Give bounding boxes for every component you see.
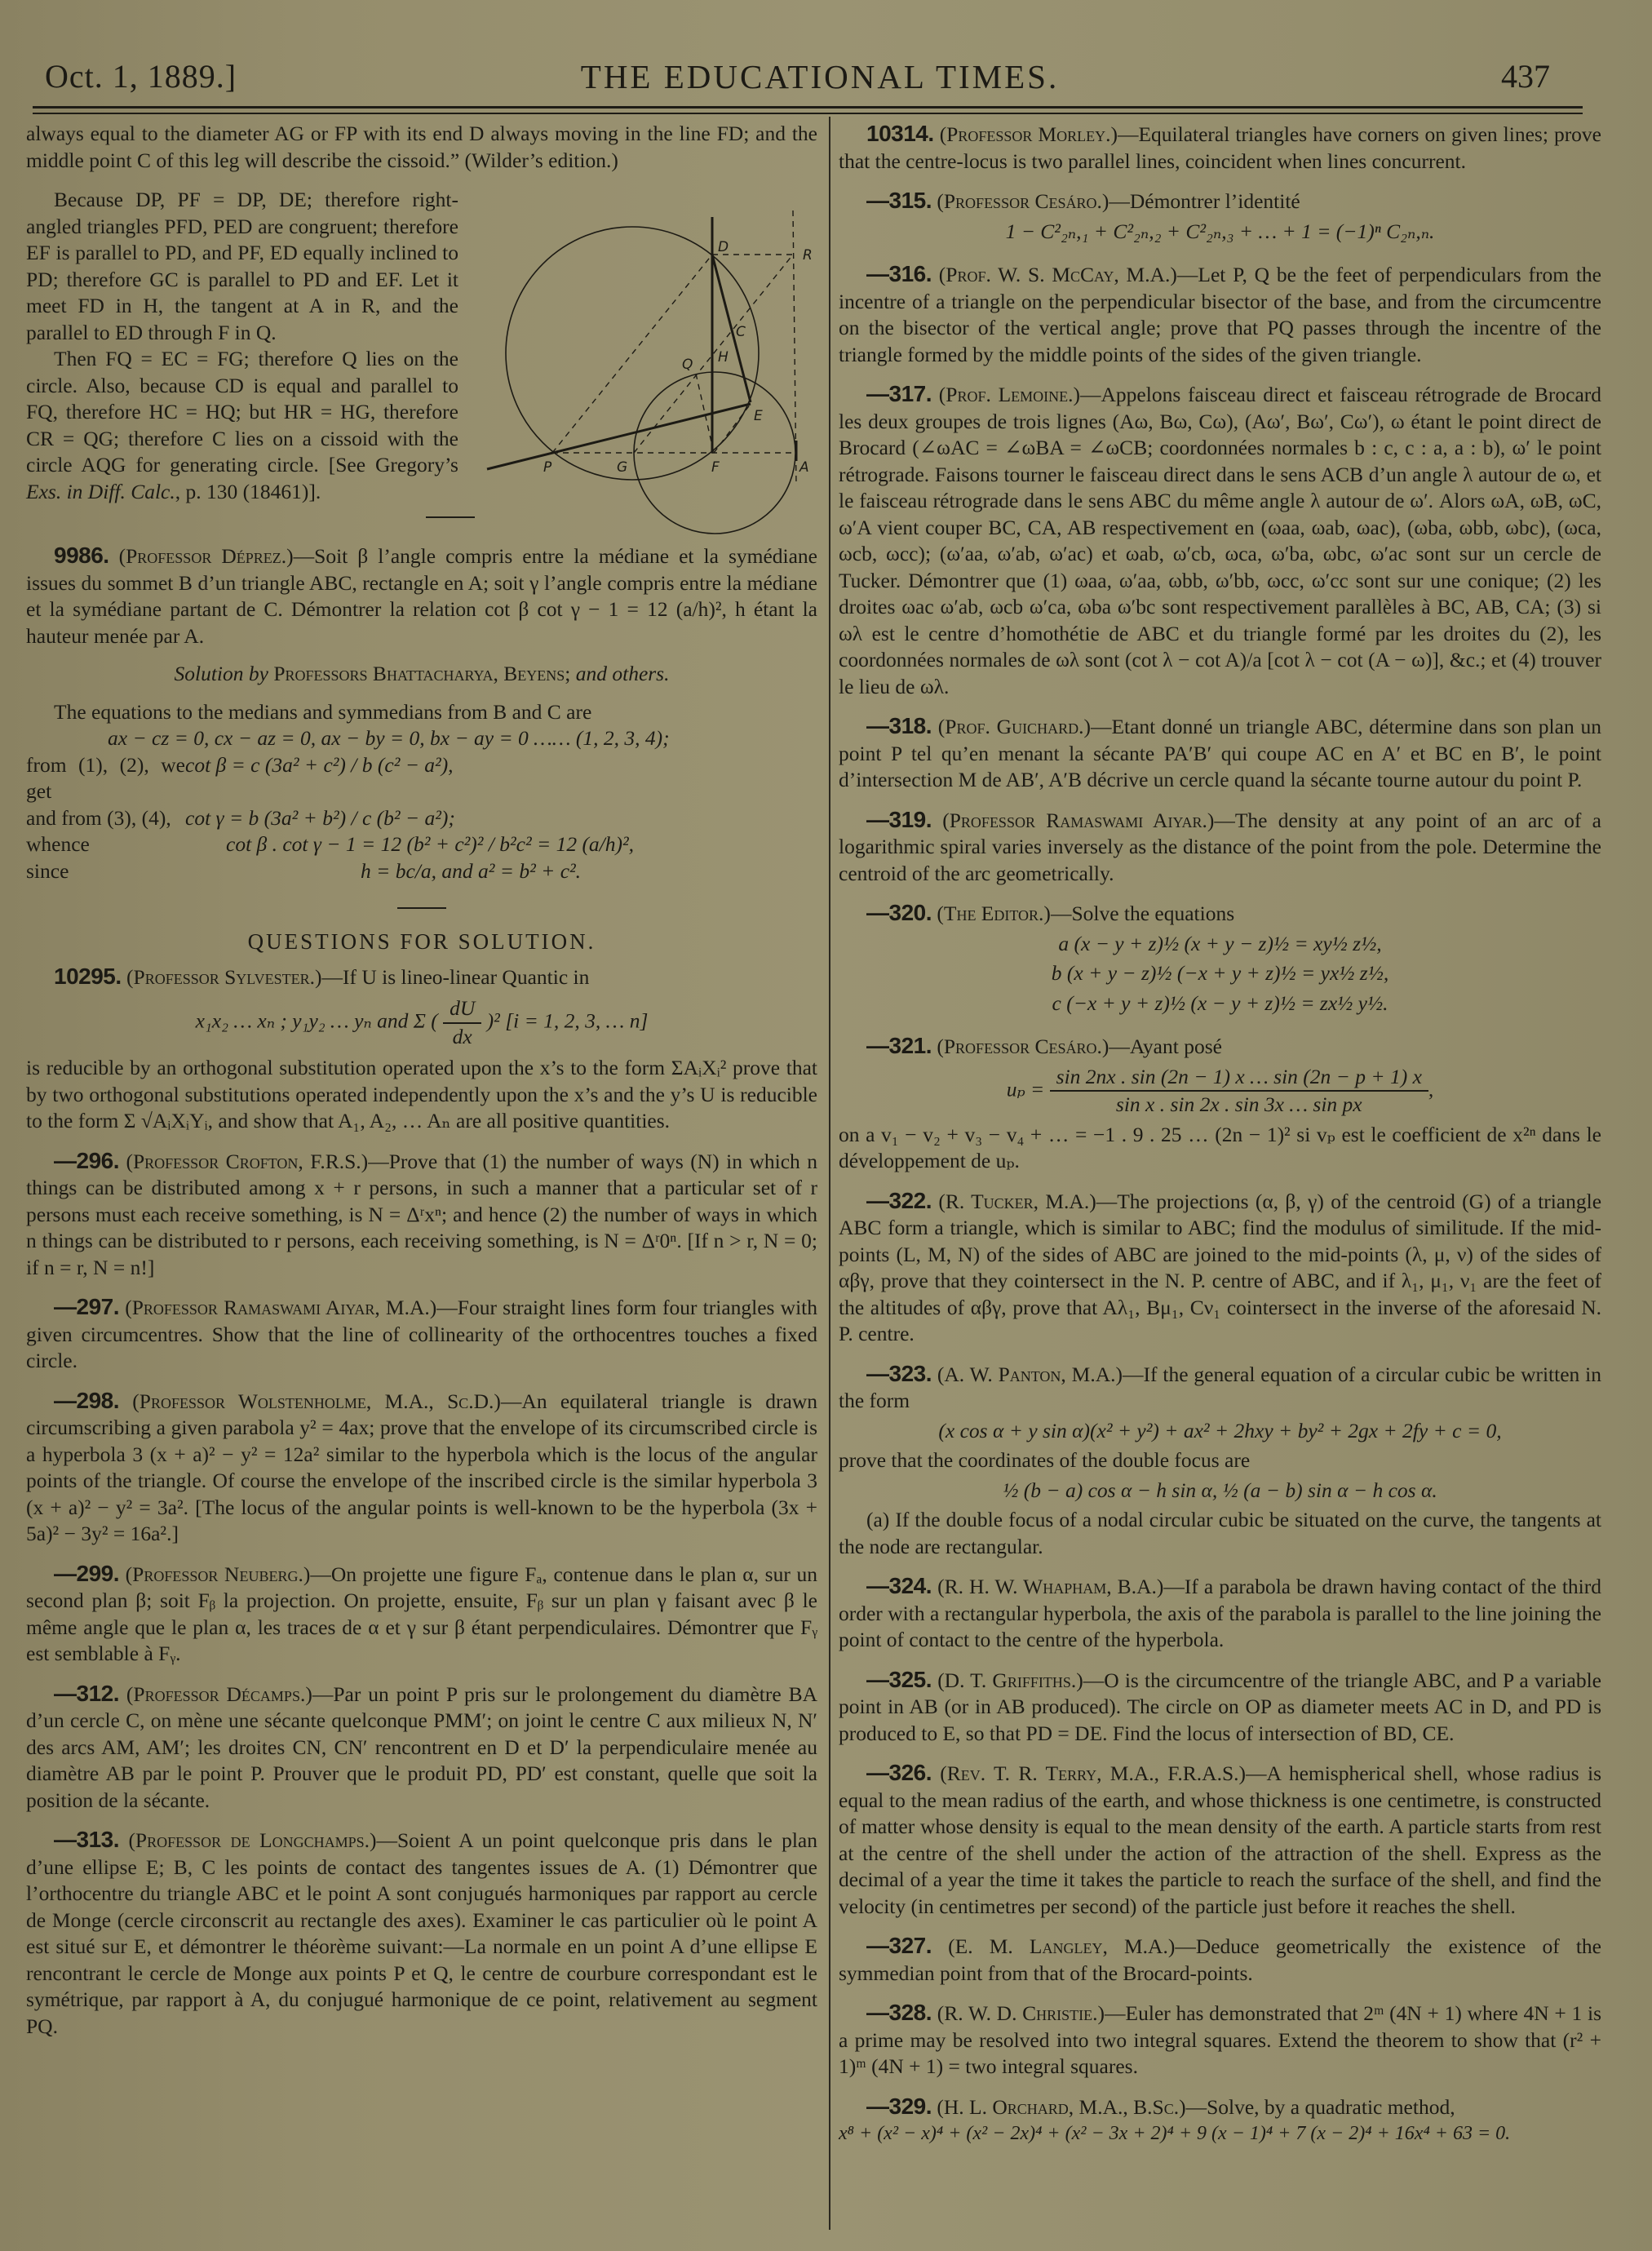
question-321: —321. (Professor Cesáro.)—Ayant posé — [839, 1033, 1601, 1061]
question-315-equation: 1 − C²₂ₙ,₁ + C²₂ₙ,₂ + C²₂ₙ,₃ + … + 1 = (… — [839, 219, 1601, 246]
proof-block: Because DP, PF = DP, DE; therefore right… — [26, 187, 458, 505]
question-321-equation: uₚ = sin 2nx . sin (2n − 1) x … sin (2n … — [839, 1064, 1601, 1119]
question-10295-equation: x₁x₂ … xₙ ; y₁y₂ … yₙ and Σ ( dUdx )² [i… — [26, 995, 817, 1050]
solution-step: whence cot β . cot γ − 1 = 12 (b² + c²)²… — [26, 831, 817, 858]
separator-rule — [426, 516, 475, 518]
solution-byline: Solution by Professors Bhattacharya, Bey… — [26, 661, 817, 688]
question-author: (Professor Déprez.) — [119, 544, 294, 568]
right-column: 10314. (Professor Morley.)—Equilateral t… — [839, 121, 1601, 2147]
question-321-continued: on a v₁ − v₂ + v₃ − v₄ + … = −1 . 9 . 25… — [839, 1122, 1601, 1175]
question-323-equation-2: ½ (b − a) cos α − h sin α, ½ (a − b) sin… — [839, 1478, 1601, 1504]
publication-title: THE EDUCATIONAL TIMES. — [45, 57, 1595, 96]
question-318: —318. (Prof. Guichard.)—Etant donné un t… — [839, 713, 1601, 794]
question-320-equation-1: a (x − y + z)½ (x + y − z)½ = xy½ z½, — [839, 931, 1601, 958]
question-296: —296. (Professor Crofton, F.R.S.)—Prove … — [26, 1148, 817, 1282]
question-312: —312. (Professor Décamps.)—Par un point … — [26, 1681, 817, 1815]
section-title: QUESTIONS FOR SOLUTION. — [26, 928, 817, 955]
question-322: —322. (R. Tucker, M.A.)—The projections … — [839, 1188, 1601, 1348]
question-319: —319. (Professor Ramaswami Aiyar.)—The d… — [839, 807, 1601, 888]
solution-equation-1: ax − cz = 0, cx − az = 0, ax − by = 0, b… — [26, 725, 817, 752]
left-column: always equal to the diameter AG or FP wi… — [26, 121, 817, 2040]
question-number: 9986. — [54, 543, 109, 568]
question-324: —324. (R. H. W. Whapham, B.A.)—If a para… — [839, 1573, 1601, 1654]
question-298: —298. (Professor Wolstenholme, M.A., Sc.… — [26, 1388, 817, 1548]
question-323-equation-1: (x cos α + y sin α)(x² + y²) + ax² + 2hx… — [839, 1418, 1601, 1445]
page-header: Oct. 1, 1889.] THE EDUCATIONAL TIMES. 43… — [45, 57, 1595, 106]
question-326: —326. (Rev. T. R. Terry, M.A., F.R.A.S.)… — [839, 1760, 1601, 1920]
question-10295-continued: is reducible by an orthogonal substituti… — [26, 1055, 817, 1135]
page-number: 437 — [1501, 57, 1550, 95]
question-323-text-2: prove that the coordinates of the double… — [839, 1447, 1601, 1474]
question-10295: 10295. (Professor Sylvester.)—If U is li… — [26, 964, 817, 991]
reference-title: Exs. in Diff. Calc. — [26, 480, 175, 503]
solution-step: and from (3), (4), cot γ = b (3a² + b²) … — [26, 805, 817, 832]
newspaper-page: Oct. 1, 1889.] THE EDUCATIONAL TIMES. 43… — [0, 0, 1652, 2251]
question-320: —320. (The Editor.)—Solve the equations — [839, 900, 1601, 928]
continued-paragraph: always equal to the diameter AG or FP wi… — [26, 121, 817, 174]
question-9986: 9986. (Professor Déprez.)—Soit β l’angle… — [26, 543, 817, 649]
solution-step: from (1), (2), we get cot β = c (3a² + c… — [26, 752, 817, 805]
header-rule-top — [33, 106, 1583, 109]
header-rule-bottom — [33, 113, 1583, 114]
question-313: —313. (Professor de Longchamps.)—Soient … — [26, 1827, 817, 2040]
question-10314: 10314. (Professor Morley.)—Equilateral t… — [839, 121, 1601, 175]
question-325: —325. (D. T. Griffiths.)—O is the circum… — [839, 1667, 1601, 1748]
question-316: —316. (Prof. W. S. McCay, M.A.)—Let P, Q… — [839, 261, 1601, 368]
question-299: —299. (Professor Neuberg.)—On projette u… — [26, 1561, 817, 1668]
proof-paragraph-2: Then FQ = EC = FG; therefore Q lies on t… — [26, 346, 458, 505]
question-328: —328. (R. W. D. Christie.)—Euler has dem… — [839, 2000, 1601, 2080]
section-separator — [397, 907, 446, 909]
question-329: —329. (H. L. Orchard, M.A., B.Sc.)—Solve… — [839, 2094, 1601, 2121]
solution-intro: The equations to the medians and symmedi… — [26, 699, 817, 726]
solution-step: since h = bc/a, and a² = b² + c². — [26, 858, 817, 885]
question-315: —315. (Professor Cesáro.)—Démontrer l’id… — [839, 188, 1601, 215]
proof-paragraph-1: Because DP, PF = DP, DE; therefore right… — [26, 187, 458, 346]
question-320-equation-3: c (−x + y + z)½ (x − y + z)½ = zx½ y½. — [839, 990, 1601, 1017]
question-317: —317. (Prof. Lemoine.)—Appelons faisceau… — [839, 381, 1601, 700]
question-297: —297. (Professor Ramaswami Aiyar, M.A.)—… — [26, 1294, 817, 1375]
question-329-equation: x⁸ + (x² − x)⁴ + (x² − 2x)⁴ + (x² − 3x +… — [839, 2120, 1601, 2147]
question-323-part-a: (a) If the double focus of a nodal circu… — [839, 1507, 1601, 1560]
question-327: —327. (E. M. Langley, M.A.)—Deduce geome… — [839, 1933, 1601, 1987]
question-323: —323. (A. W. Panton, M.A.)—If the genera… — [839, 1361, 1601, 1415]
question-320-equation-2: b (x + y − z)½ (−x + y + z)½ = yx½ z½, — [839, 960, 1601, 987]
